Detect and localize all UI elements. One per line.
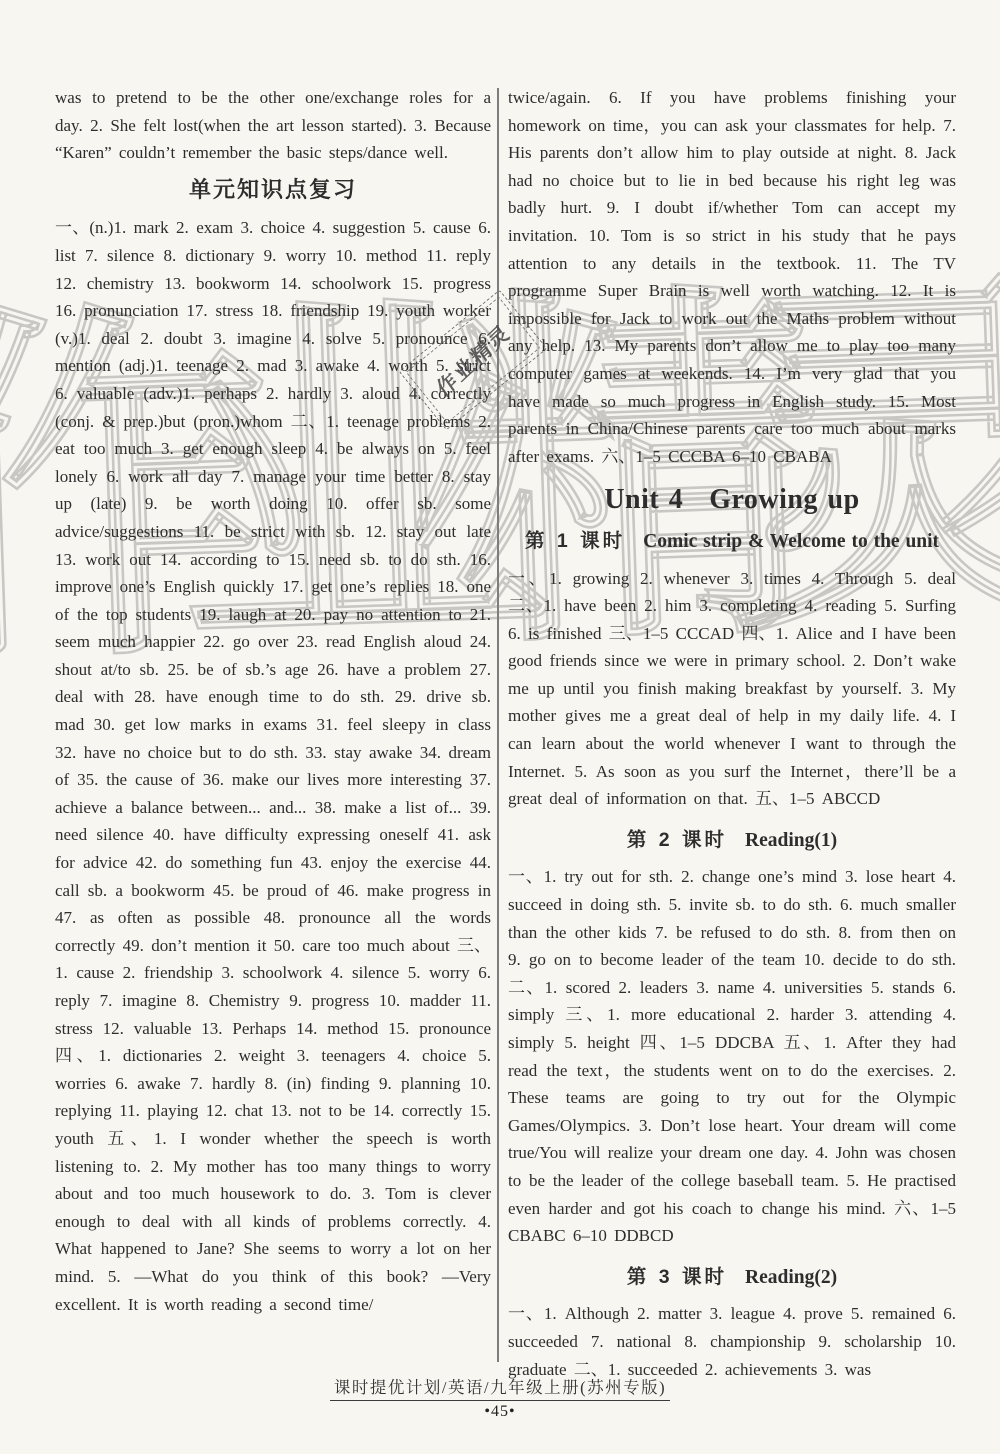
lesson-2-answers: 一、1. try out for sth. 2. change one’s mi… <box>508 863 956 1249</box>
book-title-line: 课时提优计划/英语/九年级上册(苏州专版) <box>330 1378 670 1401</box>
left-column: was to pretend to be the other one/excha… <box>55 84 491 1318</box>
unit-4-heading: Unit 4Growing up <box>508 486 956 514</box>
lesson-1-title: Comic strip & Welcome to the unit <box>643 531 939 552</box>
lesson-2-heading: 第 2 课时Reading(1) <box>508 827 956 855</box>
answer-paragraph-continuation: was to pretend to be the other one/excha… <box>55 84 491 167</box>
unit-number: Unit 4 <box>604 484 683 515</box>
page-footer: 课时提优计划/英语/九年级上册(苏州专版) <box>0 1374 1000 1398</box>
unit-name: Growing up <box>709 484 859 515</box>
lesson-3-heading: 第 3 课时Reading(2) <box>508 1264 956 1292</box>
right-column: twice/again. 6. If you have problems fin… <box>508 84 956 1383</box>
lesson-2-number: 第 2 课时 <box>627 829 727 851</box>
lesson-3-number: 第 3 课时 <box>627 1266 727 1288</box>
answer-paragraph-continuation: twice/again. 6. If you have problems fin… <box>508 84 956 470</box>
lesson-2-title: Reading(1) <box>745 830 837 851</box>
lesson-3-answers: 一、1. Although 2. matter 3. league 4. pro… <box>508 1300 956 1383</box>
lesson-3-title: Reading(2) <box>745 1267 837 1288</box>
unit-review-heading: 单元知识点复习 <box>55 176 491 204</box>
page-number: •45• <box>0 1403 1000 1421</box>
scanned-answer-page: 作业精灵 was to pretend to be the other one/… <box>0 0 1000 1454</box>
lesson-1-answers: 一、1. growing 2. whenever 3. times 4. Thr… <box>508 565 956 813</box>
column-divider-rule <box>497 88 499 1362</box>
lesson-1-heading: 第 1 课时Comic strip & Welcome to the unit <box>508 528 956 556</box>
lesson-1-number: 第 1 课时 <box>525 530 625 552</box>
